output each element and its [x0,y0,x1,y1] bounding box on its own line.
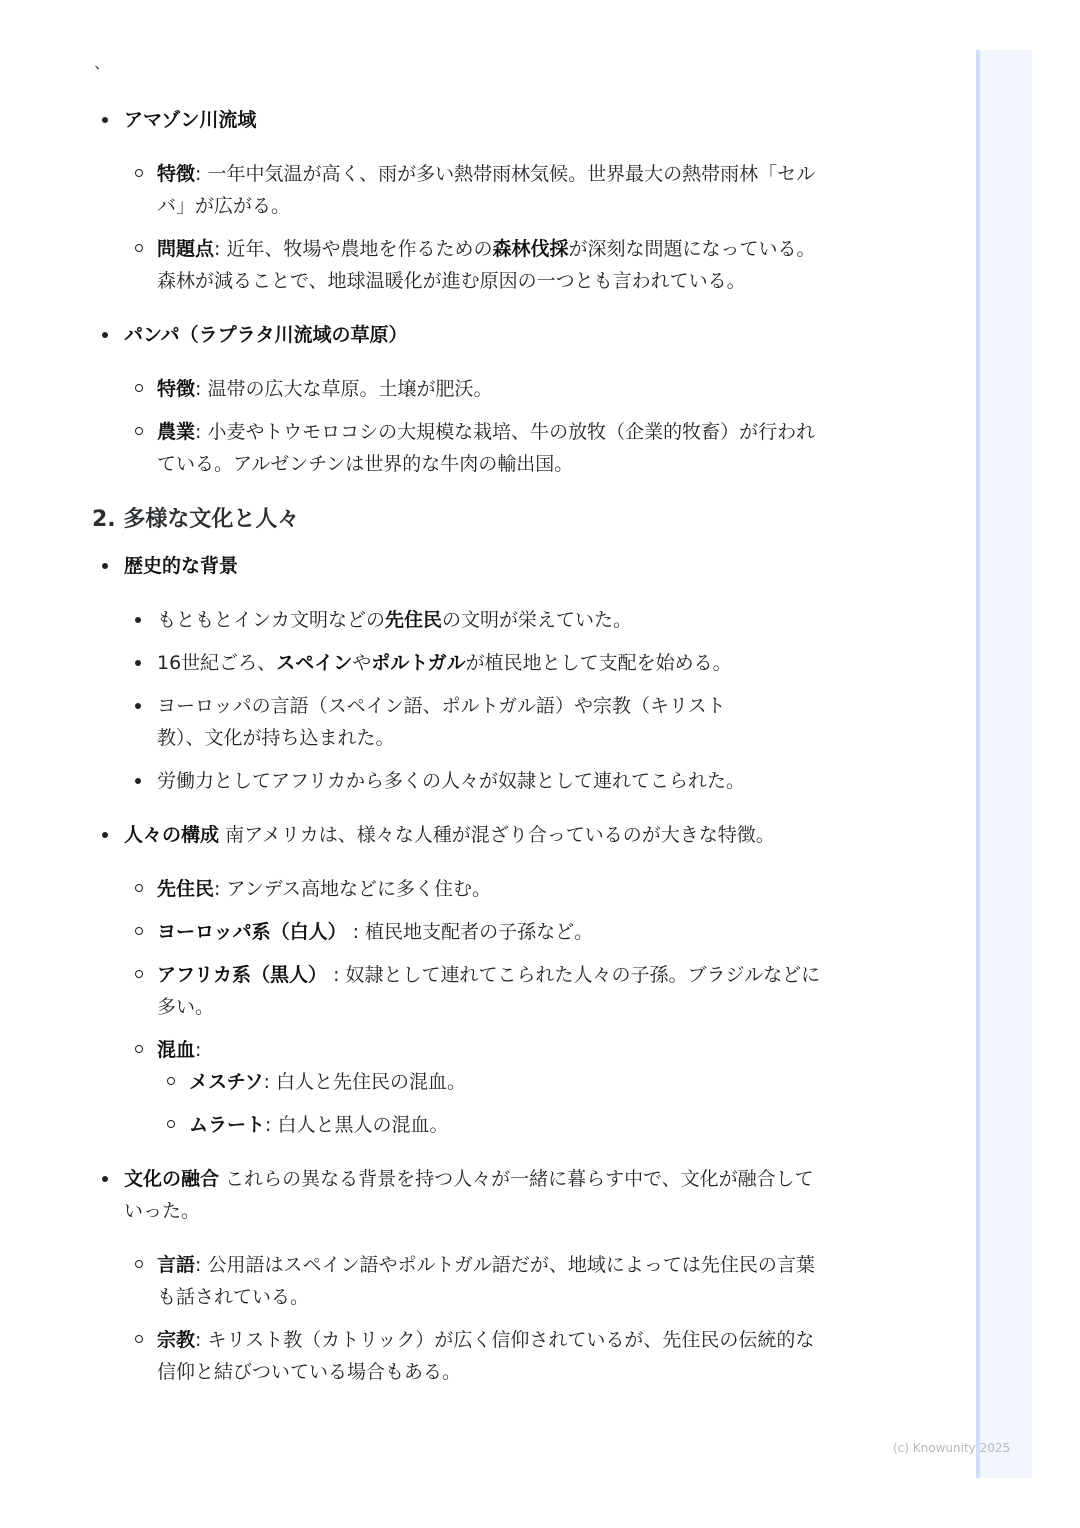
stray-mark: 、 [94,50,110,73]
item-title: アマゾン川流域 [124,109,256,131]
sub-item: 労働力としてアフリカから多くの人々が奴隷として連れてこられた。 [124,765,832,797]
sub-item: もともとインカ文明などの先住民の文明が栄えていた。 [124,604,832,636]
nested-item: ムラート: 白人と黒人の混血。 [157,1109,832,1141]
sub-item: ヨーロッパ系（白人） : 植民地支配者の子孫など。 [124,916,832,948]
section-heading: 2. 多様な文化と人々 [92,504,832,536]
sub-item: 特徴: 温帯の広大な草原。土壌が肥沃。 [124,373,832,405]
nested-item: メスチソ: 白人と先住民の混血。 [157,1066,832,1098]
item-title: 歴史的な背景 [124,555,238,577]
sub-item: 宗教: キリスト教（カトリック）が広く信仰されているが、先住民の伝統的な信仰と結… [124,1324,832,1388]
document-content: アマゾン川流域 特徴: 一年中気温が高く、雨が多い熱帯雨林気候。世界最大の熱帯雨… [92,104,832,1410]
sub-item: アフリカ系（黒人） : 奴隷として連れてこられた人々の子孫。ブラジルなどに多い。 [124,959,832,1023]
sub-item: 言語: 公用語はスペイン語やポルトガル語だが、地域によっては先住民の言葉も話され… [124,1249,832,1313]
item-title: 人々の構成 [124,824,219,846]
sub-item: 農業: 小麦やトウモロコシの大規模な栽培、牛の放牧（企業的牧畜）が行われている。… [124,416,832,480]
sub-item: 16世紀ごろ、スペインやポルトガルが植民地として支配を始める。 [124,647,832,679]
sub-item: 先住民: アンデス高地などに多く住む。 [124,873,832,905]
sub-item: 混血: メスチソ: 白人と先住民の混血。 ムラート: 白人と黒人の混血。 [124,1034,832,1141]
sub-item: 特徴: 一年中気温が高く、雨が多い熱帯雨林気候。世界最大の熱帯雨林「セルバ」が広… [124,158,832,222]
side-panel [976,50,1032,1478]
item-title: 文化の融合 [124,1168,219,1190]
list-item-pampa: パンパ（ラプラタ川流域の草原） 特徴: 温帯の広大な草原。土壌が肥沃。 農業: … [92,319,832,480]
sub-item: ヨーロッパの言語（スペイン語、ポルトガル語）や宗教（キリスト教）、文化が持ち込ま… [124,690,832,754]
list-item-amazon: アマゾン川流域 特徴: 一年中気温が高く、雨が多い熱帯雨林気候。世界最大の熱帯雨… [92,104,832,297]
list-item-history: 歴史的な背景 もともとインカ文明などの先住民の文明が栄えていた。 16世紀ごろ、… [92,550,832,797]
watermark: (c) Knowunity 2025 [893,1441,1010,1455]
sub-item: 問題点: 近年、牧場や農地を作るための森林伐採が深刻な問題になっている。森林が減… [124,233,832,297]
list-item-composition: 人々の構成 南アメリカは、様々な人種が混ざり合っているのが大きな特徴。 先住民:… [92,819,832,1141]
document-page: 、 アマゾン川流域 特徴: 一年中気温が高く、雨が多い熱帯雨林気候。世界最大の熱… [0,0,1080,1528]
item-title: パンパ（ラプラタ川流域の草原） [124,324,407,346]
list-item-fusion: 文化の融合 これらの異なる背景を持つ人々が一緒に暮らす中で、文化が融合していった… [92,1163,832,1388]
